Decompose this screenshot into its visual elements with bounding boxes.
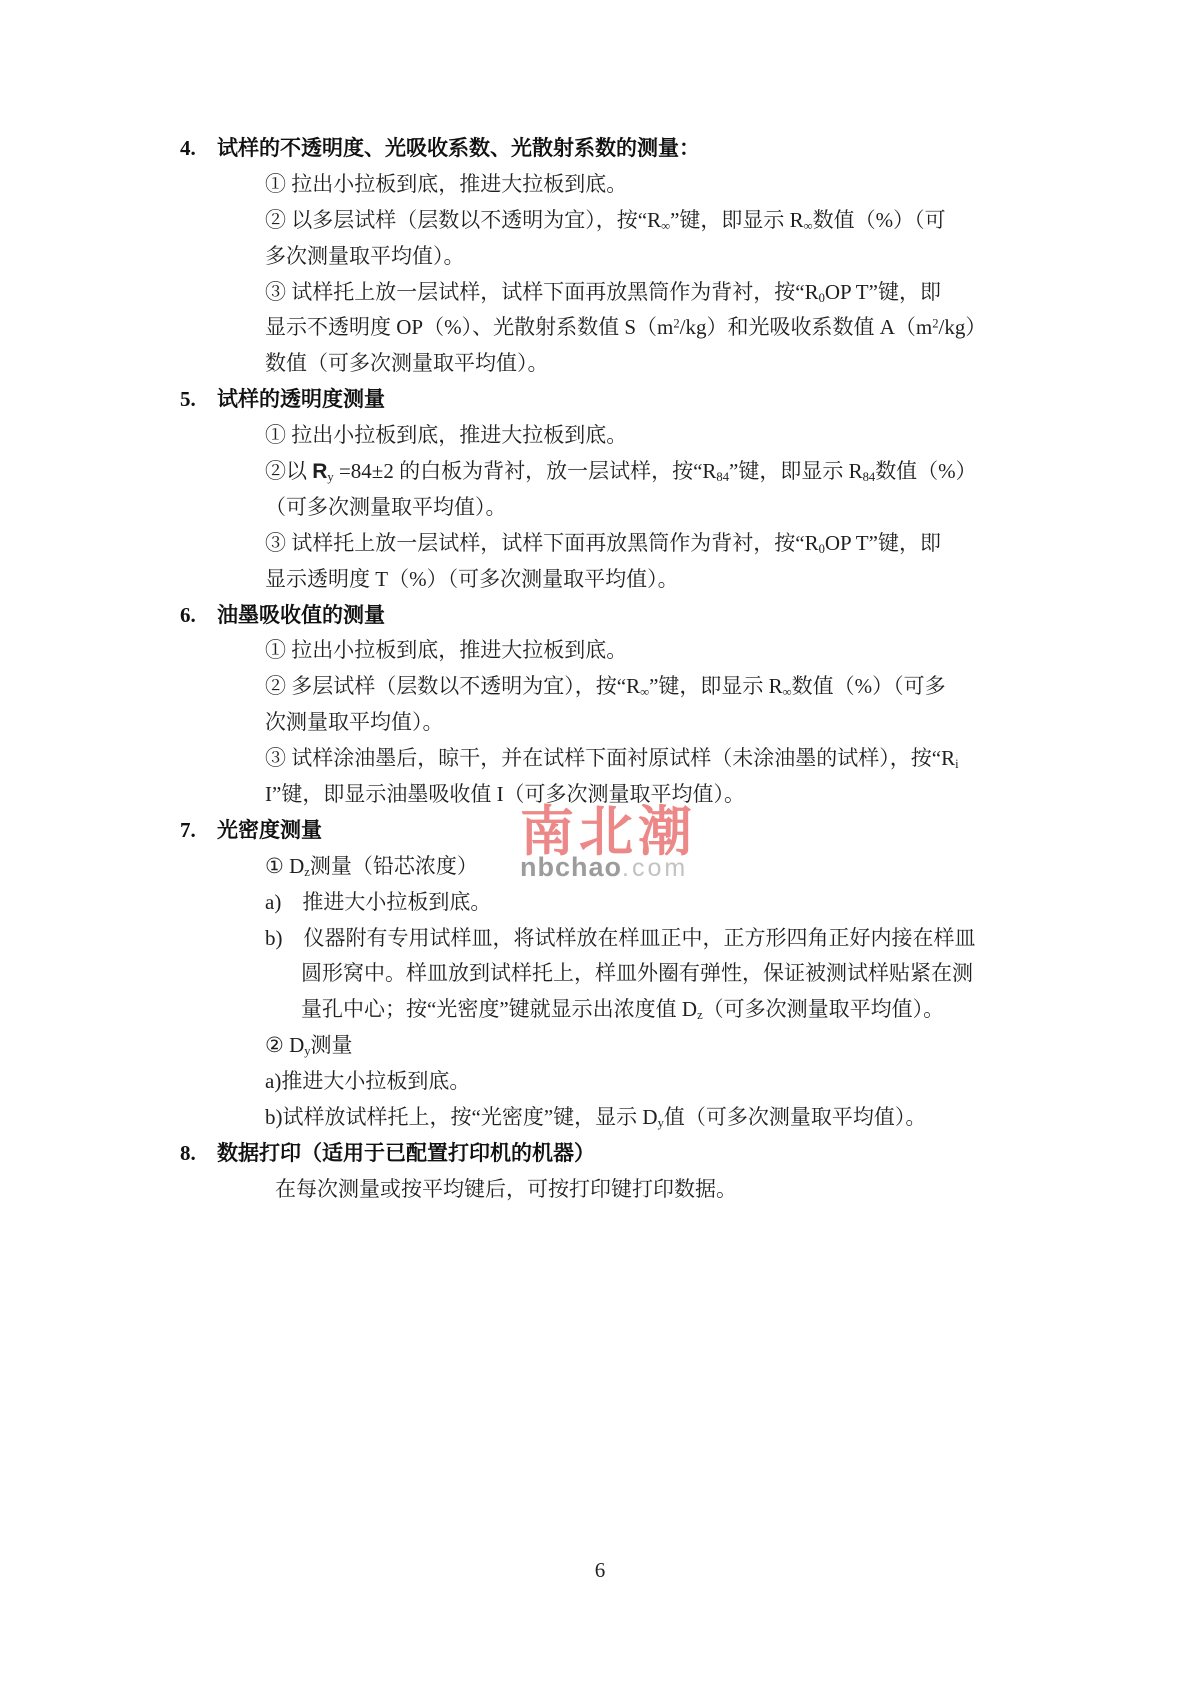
text-line: ① 拉出小拉板到底，推进大拉板到底。 [180, 167, 986, 203]
text-line: I”键，即显示油墨吸收值 I（可多次测量取平均值）。 [180, 777, 986, 813]
heading-number: 5. [180, 382, 217, 418]
text-line: ① Dz测量（铅芯浓度） [180, 849, 986, 885]
section-heading: 7.光密度测量 [180, 813, 986, 849]
heading-number: 4. [180, 131, 217, 167]
text-line: ① 拉出小拉板到底，推进大拉板到底。 [180, 633, 986, 669]
heading-number: 7. [180, 813, 217, 849]
document-page: 南北潮 nbchao.com 4.试样的不透明度、光吸收系数、光散射系数的测量：… [0, 0, 1200, 1695]
heading-title: 试样的透明度测量 [217, 387, 385, 411]
text-line: 多次测量取平均值）。 [180, 239, 986, 275]
heading-title: 油墨吸收值的测量 [217, 603, 385, 627]
text-line: b)试样放试样托上，按“光密度”键，显示 Dy值（可多次测量取平均值）。 [180, 1100, 986, 1136]
heading-title: 光密度测量 [217, 818, 322, 842]
section-heading: 4.试样的不透明度、光吸收系数、光散射系数的测量： [180, 131, 986, 167]
text-line: 量孔中心；按“光密度”键就显示出浓度值 Dz（可多次测量取平均值）。 [180, 992, 986, 1028]
heading-number: 6. [180, 598, 217, 634]
heading-title: 数据打印（适用于已配置打印机的机器） [217, 1141, 595, 1165]
page-number: 6 [0, 1558, 1200, 1583]
text-line: 在每次测量或按平均键后，可按打印键打印数据。 [180, 1172, 986, 1208]
text-line: a)推进大小拉板到底。 [180, 1064, 986, 1100]
text-line: ② 以多层试样（层数以不透明为宜），按“R∞”键，即显示 R∞数值（%）（可 [180, 203, 986, 239]
document-body: 4.试样的不透明度、光吸收系数、光散射系数的测量：① 拉出小拉板到底，推进大拉板… [180, 131, 986, 1208]
text-line: 次测量取平均值）。 [180, 705, 986, 741]
text-line: （可多次测量取平均值）。 [180, 490, 986, 526]
section-heading: 8.数据打印（适用于已配置打印机的机器） [180, 1136, 986, 1172]
text-line: ③ 试样托上放一层试样，试样下面再放黑筒作为背衬，按“R0OP T”键，即 [180, 275, 986, 311]
text-line: 数值（可多次测量取平均值）。 [180, 346, 986, 382]
heading-number: 8. [180, 1136, 217, 1172]
text-line: 显示不透明度 OP（%）、光散射系数值 S（m2/kg）和光吸收系数值 A（m2… [180, 310, 986, 346]
text-line: a) 推进大小拉板到底。 [180, 885, 986, 921]
text-line: ③ 试样涂油墨后，晾干，并在试样下面衬原试样（未涂油墨的试样），按“Ri [180, 741, 986, 777]
text-line: ③ 试样托上放一层试样，试样下面再放黑筒作为背衬，按“R0OP T”键，即 [180, 526, 986, 562]
text-line: ② 多层试样（层数以不透明为宜），按“R∞”键，即显示 R∞数值（%）（可多 [180, 669, 986, 705]
text-line: ② Dy测量 [180, 1028, 986, 1064]
text-line: ① 拉出小拉板到底，推进大拉板到底。 [180, 418, 986, 454]
text-line: b) 仪器附有专用试样皿，将试样放在样皿正中，正方形四角正好内接在样皿 [180, 921, 986, 957]
text-line: 显示透明度 T（%）（可多次测量取平均值）。 [180, 562, 986, 598]
section-heading: 6.油墨吸收值的测量 [180, 598, 986, 634]
section-heading: 5.试样的透明度测量 [180, 382, 986, 418]
heading-title: 试样的不透明度、光吸收系数、光散射系数的测量： [217, 136, 700, 160]
text-line: ②以 Ry =84±2 的白板为背衬，放一层试样，按“R84”键，即显示 R84… [180, 454, 986, 490]
text-line: 圆形窝中。样皿放到试样托上，样皿外圈有弹性，保证被测试样贴紧在测 [180, 956, 986, 992]
